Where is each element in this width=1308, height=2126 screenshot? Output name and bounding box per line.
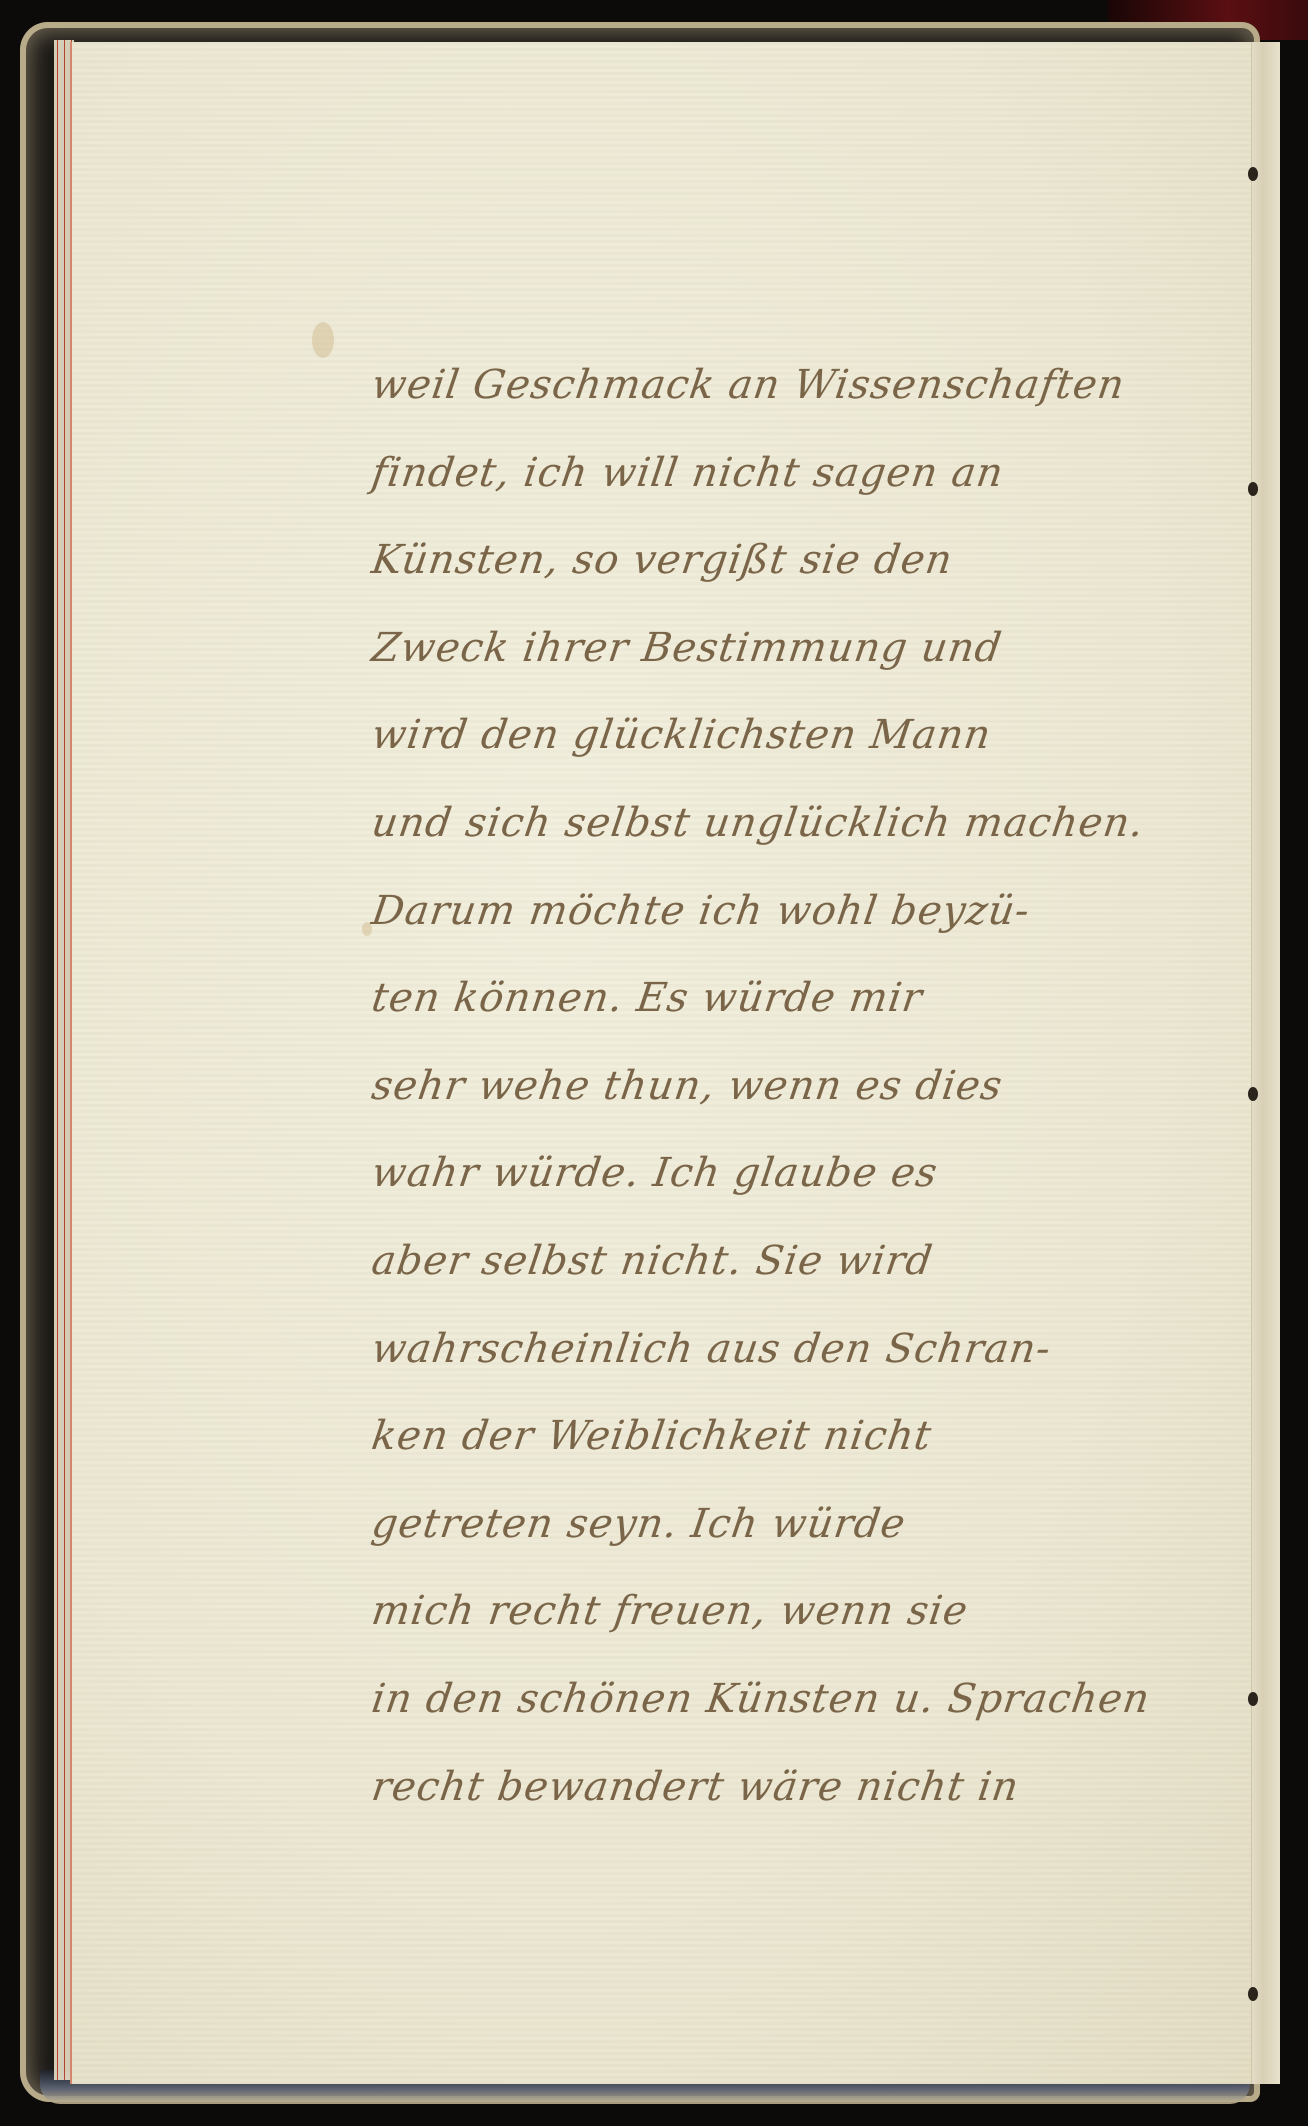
text-line: ken der Weiblichkeit nicht [366,1393,1258,1481]
text-line: und sich selbst unglücklich machen. [366,780,1258,868]
text-line: Zweck ihrer Bestimmung und [366,605,1258,693]
text-line: Darum möchte ich wohl beyzü- [366,868,1258,956]
manuscript-page: weil Geschmack an Wissenschaften findet,… [70,42,1280,2084]
text-line: mich recht freuen, wenn sie [366,1568,1258,1656]
text-line: wird den glücklichsten Mann [366,692,1258,780]
text-line: in den schönen Künsten u. Sprachen [366,1656,1258,1744]
text-line: weil Geschmack an Wissenschaften [366,342,1258,430]
text-line: findet, ich will nicht sagen an [366,430,1258,518]
text-line: sehr wehe thun, wenn es dies [366,1043,1258,1131]
text-line: recht bewandert wäre nicht in [366,1744,1258,1832]
text-line: ten können. Es würde mir [366,955,1258,1043]
text-line: Künsten, so vergißt sie den [366,517,1258,605]
binding-stitch [1248,167,1258,181]
text-line: aber selbst nicht. Sie wird [366,1218,1258,1306]
text-line: getreten seyn. Ich würde [366,1481,1258,1569]
foxing-stain [312,322,334,358]
text-line: wahrscheinlich aus den Schran- [366,1306,1258,1394]
binding-stitch [1248,1987,1258,2001]
text-line: wahr würde. Ich glaube es [366,1130,1258,1218]
handwritten-text: weil Geschmack an Wissenschaften findet,… [372,342,1252,1831]
